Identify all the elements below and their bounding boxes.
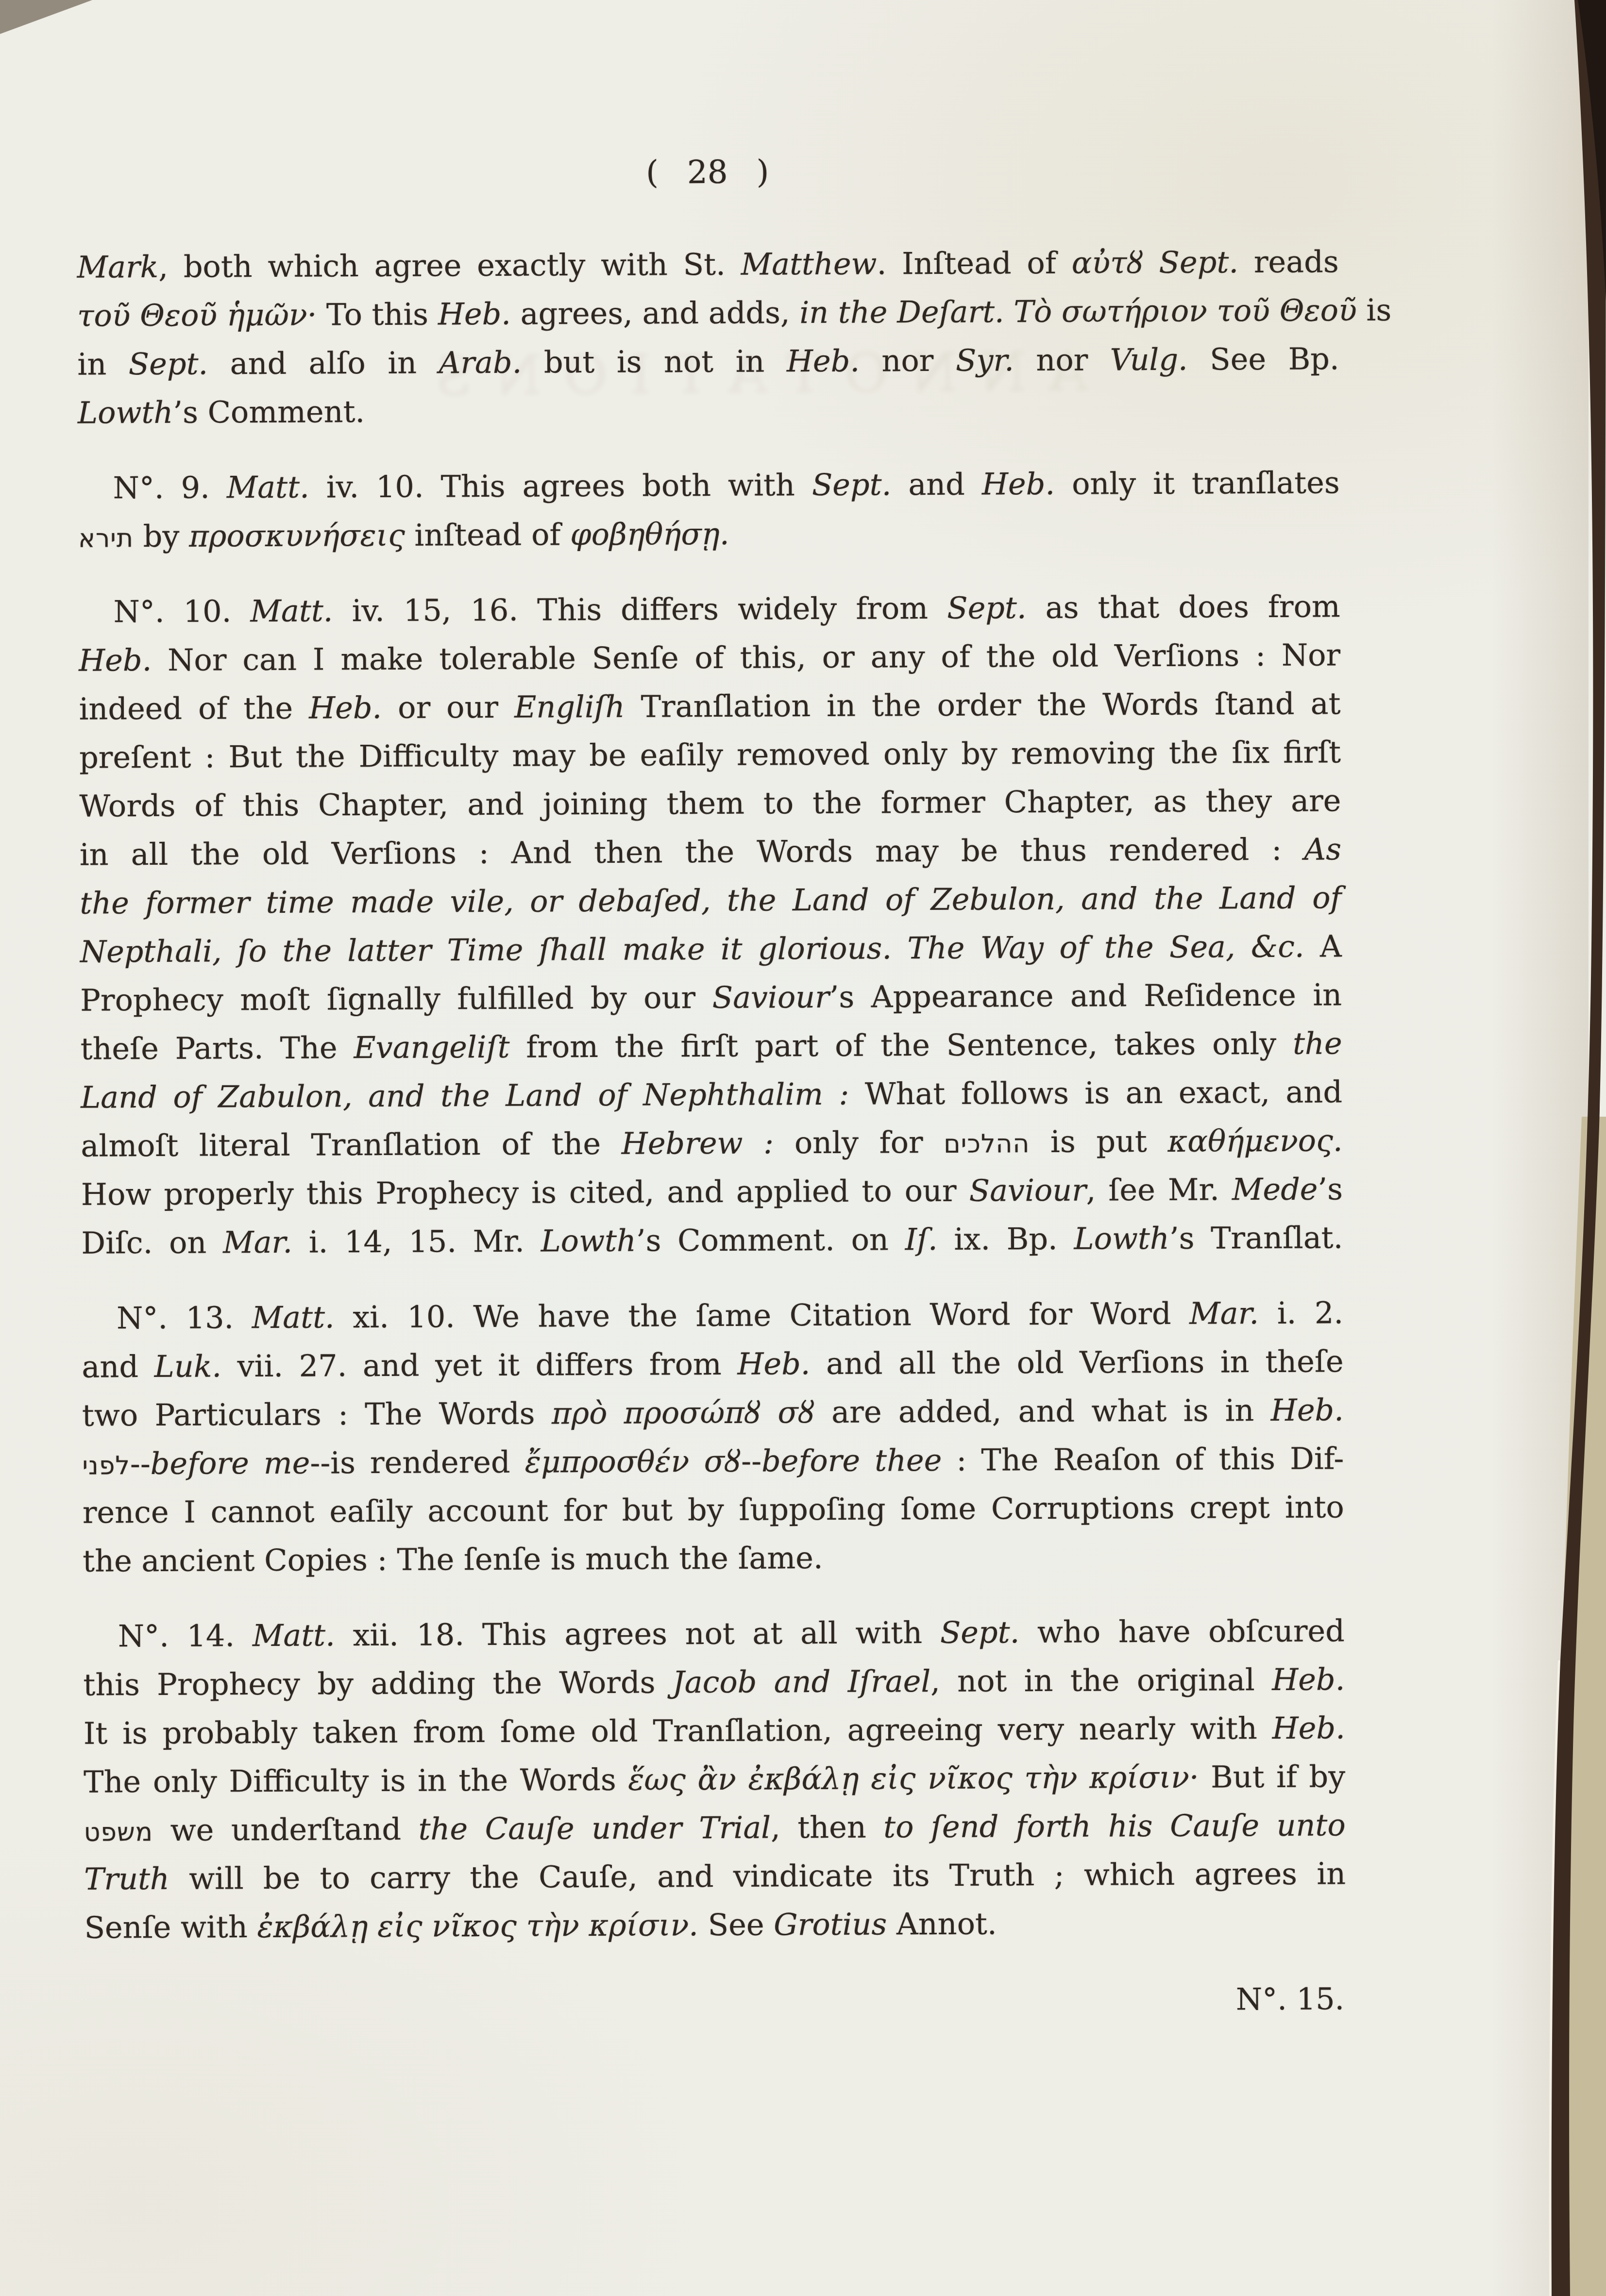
text-roman: ’s Comment.: [173, 394, 365, 430]
text-greek: ἔμπροσθέν σȣ: [525, 1443, 742, 1480]
text-roman: reads: [1238, 244, 1339, 280]
text-roman: and: [891, 467, 982, 503]
text-roman: See: [698, 1907, 774, 1943]
text-roman: ix. Bp.: [938, 1221, 1074, 1257]
text-roman: Tranſlation in the order the Words ſtand…: [625, 686, 1340, 724]
text-roman: indeed of the: [79, 690, 309, 727]
text-roman: It is probably taken from ſome old Tranſ…: [84, 1710, 1272, 1751]
text-italic: Heb.: [737, 1346, 810, 1382]
text-italic: before thee: [761, 1442, 942, 1479]
text-line: almoſt literal Tranſlation of the Hebrew…: [81, 1116, 1342, 1170]
text-line: Mark, both which agree exactly with St. …: [77, 237, 1338, 291]
text-line: N°. 14. Matt. xii. 18. This agrees not a…: [83, 1607, 1345, 1660]
text-roman: iv. 10. This agrees both with: [309, 467, 812, 505]
text-roman: --is rendered: [310, 1444, 525, 1481]
text-hebrew: משפט: [84, 1818, 153, 1847]
book-edge-scan-artifact: [1523, 0, 1606, 2296]
text-italic: Heb.: [79, 642, 152, 678]
text-line: N°. 10. Matt. iv. 15, 16. This differs w…: [79, 582, 1340, 636]
text-roman: will be to carry the Cauſe, and vindicat…: [169, 1856, 1346, 1896]
text-italic: Arab.: [439, 345, 522, 381]
page-text-block: ( 28 ) Mark, both which agree exactly wi…: [77, 143, 1347, 2028]
catchword: N°. 15.: [85, 1975, 1346, 2028]
text-greek: καθήμενος.: [1167, 1123, 1342, 1159]
text-roman: Nor can I make tolerable Senſe of this, …: [152, 637, 1340, 678]
text-roman: , ſee Mr.: [1086, 1172, 1232, 1207]
text-italic: Matt.: [253, 1617, 335, 1653]
text-roman: the ancient Copies : The ſenſe is much t…: [83, 1540, 823, 1579]
text-italic: Sept.: [129, 346, 208, 382]
text-line: rence I cannot eaſily account for but by…: [83, 1483, 1344, 1537]
text-roman: How properly this Prophecy is cited, and…: [81, 1173, 969, 1212]
text-italic: Heb.: [309, 690, 382, 726]
text-roman: is put: [1030, 1123, 1168, 1159]
text-italic: Heb.: [787, 343, 860, 379]
text-roman: Diſc. on: [81, 1224, 223, 1260]
text-roman: N°. 10.: [114, 593, 251, 629]
text-italic: in the Deſart.: [799, 294, 1004, 330]
text-roman: i. 14, 15. Mr.: [292, 1223, 541, 1260]
text-line: N°. 13. Matt. xi. 10. We have the ſame C…: [82, 1289, 1343, 1342]
text-roman: To this: [317, 296, 438, 332]
text-line: Lowth’s Comment.: [78, 383, 1339, 437]
text-line: the former time made vile, or debaſed, t…: [80, 873, 1341, 927]
text-roman: See Bp.: [1188, 341, 1339, 377]
text-hebrew: לפני: [82, 1451, 130, 1480]
text-roman: as that does from: [1026, 588, 1340, 625]
text-greek: προσκυνήσεις: [189, 518, 405, 554]
text-italic: Iſ.: [905, 1222, 937, 1257]
text-roman: and alſo in: [208, 345, 439, 381]
text-greek: Τὸ σωτήριον τοῦ Θεοῦ: [1014, 292, 1357, 329]
text-line: preſent : But the Difficulty may be eaſi…: [79, 728, 1341, 782]
text-line: in Sept. and alſo in Arab. but is not in…: [77, 335, 1339, 388]
text-line: תירא by προσκυνήσεις inſtead of φοβηθήσῃ…: [78, 507, 1340, 561]
text-roman: and: [82, 1349, 154, 1385]
text-line: the ancient Copies : The ſenſe is much t…: [83, 1531, 1344, 1585]
text-italic: the Cauſe under Trial: [418, 1810, 771, 1846]
text-roman: from the firſt part of the Sentence, tak…: [509, 1026, 1293, 1065]
paragraph-no-9: N°. 9. Matt. iv. 10. This agrees both wi…: [78, 458, 1340, 561]
text-roman: by: [134, 519, 189, 554]
text-roman: rence I cannot eaſily account for but by…: [83, 1489, 1344, 1530]
text-roman: , both which agree exactly with St.: [158, 247, 741, 285]
text-italic: Mede: [1232, 1172, 1318, 1207]
text-roman: who have obſcured: [1019, 1613, 1345, 1650]
text-italic: Nepthali, ſo the latter Time ſhall make …: [80, 929, 1304, 970]
text-italic: Matt.: [227, 469, 309, 505]
text-greek: πρὸ προσώπȣ σȣ: [552, 1394, 815, 1431]
text-line: Nepthali, ſo the latter Time ſhall make …: [80, 922, 1342, 976]
text-italic: Saviour: [712, 979, 829, 1015]
text-line: How properly this Prophecy is cited, and…: [81, 1165, 1343, 1219]
text-greek: τοῦ Θεοῦ ἡμῶν·: [77, 297, 317, 334]
text-italic: Heb.: [1271, 1392, 1344, 1428]
text-italic: Matt.: [250, 593, 333, 629]
text-line: in all the old Verſions : And then the W…: [80, 825, 1341, 879]
text-italic: Sept.: [940, 1614, 1020, 1650]
text-italic: Mark: [77, 249, 158, 285]
text-roman: [1144, 245, 1159, 280]
text-italic: Heb.: [982, 466, 1055, 502]
text-hebrew: ההלכים: [944, 1129, 1030, 1159]
text-italic: Jacob and Iſrael: [673, 1663, 931, 1700]
page-number-header: ( 28 ): [77, 143, 1338, 201]
text-line: Senſe with ἐκβάλῃ εἰς νῖκος τὴν κρίσιν. …: [84, 1898, 1346, 1952]
text-roman: vii. 27. and yet it differs from: [221, 1346, 738, 1384]
text-greek: αὐτȣ: [1071, 245, 1143, 281]
paragraph-no-14: N°. 14. Matt. xii. 18. This agrees not a…: [83, 1607, 1346, 1952]
text-italic: Engliſh: [514, 689, 625, 725]
text-roman: The only Difficulty is in the Words: [84, 1762, 628, 1800]
text-roman: or our: [382, 689, 514, 725]
text-roman: --: [130, 1446, 151, 1481]
text-roman: is: [1357, 292, 1392, 328]
text-italic: Truth: [84, 1861, 169, 1897]
text-roman: Annot.: [887, 1906, 997, 1942]
text-line: N°. 9. Matt. iv. 10. This agrees both wi…: [78, 458, 1339, 512]
text-italic: Mar.: [1189, 1295, 1259, 1331]
text-line: this Prophecy by adding the Words Jacob …: [83, 1655, 1345, 1709]
text-roman: xii. 18. This agrees not at all with: [335, 1615, 940, 1653]
text-line: Prophecy moſt ſignally fulfilled by our …: [80, 971, 1342, 1024]
text-greek: φοβηθήσῃ.: [570, 516, 729, 552]
text-roman: Words of this Chapter, and joining them …: [79, 783, 1341, 823]
text-roman: ’s: [1318, 1171, 1343, 1207]
paragraph-continuation: Mark, both which agree exactly with St. …: [77, 237, 1339, 437]
text-line: Words of this Chapter, and joining them …: [79, 776, 1341, 830]
text-roman: nor: [860, 343, 956, 379]
text-italic: Lowth: [1074, 1221, 1169, 1257]
text-roman: only for: [774, 1124, 944, 1161]
text-italic: to ſend forth his Cauſe unto: [883, 1807, 1346, 1844]
text-italic: before me: [151, 1445, 310, 1481]
text-roman: inſtead of: [405, 517, 571, 553]
text-italic: the former time made vile, or debaſed, t…: [80, 880, 1341, 921]
text-line: τοῦ Θεοῦ ἡμῶν· To this Heb. agrees, and …: [77, 286, 1339, 340]
text-roman: and all the old Verſions in theſe: [810, 1343, 1343, 1381]
text-italic: Vulg.: [1110, 342, 1188, 378]
text-hebrew: תירא: [78, 524, 134, 553]
text-roman: two Particulars : The Words: [82, 1395, 552, 1433]
text-italic: As: [1304, 831, 1341, 867]
text-line: theſe Parts. The Evangeliſt from the fir…: [80, 1019, 1342, 1073]
text-line: It is probably taken from ſome old Tranſ…: [84, 1704, 1345, 1758]
text-roman: . Inſtead of: [877, 245, 1071, 282]
text-italic: Matthew: [741, 246, 877, 282]
text-italic: Sept.: [812, 467, 892, 503]
text-italic: Saviour: [969, 1173, 1086, 1208]
scanned-book-page: ANNOTATIONS ( 28 ) Mark, both which agre…: [0, 0, 1606, 2296]
scan-corner-artifact: [0, 0, 92, 34]
text-line: Land of Zabulon, and the Land of Nephtha…: [81, 1068, 1342, 1122]
text-italic: Heb.: [438, 296, 511, 332]
text-italic: Grotius: [774, 1906, 887, 1942]
text-roman: --: [741, 1443, 761, 1479]
text-italic: Hebrew :: [622, 1125, 774, 1161]
text-roman: N°. 14.: [118, 1618, 253, 1654]
text-roman: , then: [771, 1809, 883, 1845]
text-roman: Prophecy moſt ſignally fulfilled by our: [80, 980, 712, 1018]
text-line: The only Difficulty is in the Words ἕως …: [84, 1752, 1345, 1806]
paragraph-no-13: N°. 13. Matt. xi. 10. We have the ſame C…: [82, 1289, 1345, 1585]
text-roman: iv. 15, 16. This differs widely from: [333, 590, 947, 629]
text-roman: : The Reaſon of this Dif-: [942, 1441, 1344, 1478]
text-roman: are added, and what is in: [815, 1392, 1271, 1430]
text-italic: Sept.: [947, 590, 1027, 626]
text-roman: ’s Comment. on: [636, 1222, 905, 1258]
text-line: לפני--before me--is rendered ἔμπροσθέν σ…: [82, 1434, 1344, 1488]
text-roman: we underſtand: [153, 1811, 419, 1848]
text-line: two Particulars : The Words πρὸ προσώπȣ …: [82, 1386, 1344, 1440]
text-roman: [1004, 294, 1014, 329]
text-italic: Heb.: [1272, 1661, 1345, 1697]
text-roman: N°. 9.: [113, 469, 226, 505]
text-italic: Mar.: [223, 1224, 292, 1260]
text-roman: but is not in: [522, 343, 787, 380]
text-line: and Luk. vii. 27. and yet it differs fro…: [82, 1337, 1343, 1391]
text-roman: xi. 10. We have the ſame Citation Word f…: [335, 1296, 1190, 1335]
text-italic: Lowth: [541, 1223, 636, 1259]
text-italic: Luk.: [154, 1348, 222, 1384]
text-roman: ’s Tranſlat.: [1169, 1220, 1343, 1256]
text-roman: i. 2.: [1259, 1295, 1343, 1331]
text-greek: ἕως ἂν ἐκβάλῃ εἰς νῖκος τὴν κρίσιν·: [628, 1760, 1199, 1797]
text-roman: What follows is an exact, and: [849, 1074, 1342, 1111]
text-italic: the: [1293, 1025, 1342, 1061]
text-line: Heb. Nor can I make tolerable Senſe of t…: [79, 631, 1340, 685]
text-italic: Land of Zabulon, and the Land of Nephtha…: [81, 1076, 849, 1115]
text-italic: Heb.: [1272, 1710, 1345, 1746]
text-line: Truth will be to carry the Cauſe, and vi…: [84, 1849, 1346, 1903]
text-roman: preſent : But the Difficulty may be eaſi…: [79, 734, 1341, 775]
text-roman: in all the old Verſions : And then the W…: [80, 832, 1304, 872]
text-italic: Syr.: [956, 342, 1014, 378]
text-line: indeed of the Heb. or our Engliſh Tranſl…: [79, 679, 1340, 733]
text-roman: only it tranſlates: [1055, 465, 1340, 502]
text-roman: theſe Parts. The: [80, 1030, 354, 1066]
text-italic: Matt.: [252, 1299, 335, 1335]
text-line: משפט we underſtand the Cauſe under Trial…: [84, 1801, 1345, 1855]
text-roman: almoſt literal Tranſlation of the: [81, 1126, 622, 1164]
text-roman: agrees, and adds,: [511, 295, 800, 332]
text-roman: ’s Appearance and Reſidence in: [829, 977, 1342, 1015]
paragraph-no-10: N°. 10. Matt. iv. 15, 16. This differs w…: [79, 582, 1343, 1267]
text-italic: Sept.: [1159, 244, 1238, 280]
text-roman: nor: [1014, 342, 1110, 378]
text-roman: Senſe with: [84, 1909, 257, 1945]
text-greek: ἐκβάλῃ εἰς νῖκος τὴν κρίσιν.: [257, 1907, 698, 1944]
text-roman: , not in the original: [930, 1662, 1272, 1699]
text-roman: this Prophecy by adding the Words: [83, 1664, 673, 1702]
text-italic: Evangeliſt: [354, 1029, 509, 1065]
text-roman: A: [1304, 928, 1341, 964]
text-roman: N°. 13.: [117, 1300, 252, 1336]
text-roman: But if by: [1199, 1759, 1345, 1794]
text-roman: in: [77, 346, 129, 382]
text-line: Diſc. on Mar. i. 14, 15. Mr. Lowth’s Com…: [81, 1213, 1343, 1267]
text-italic: Lowth: [78, 395, 173, 431]
